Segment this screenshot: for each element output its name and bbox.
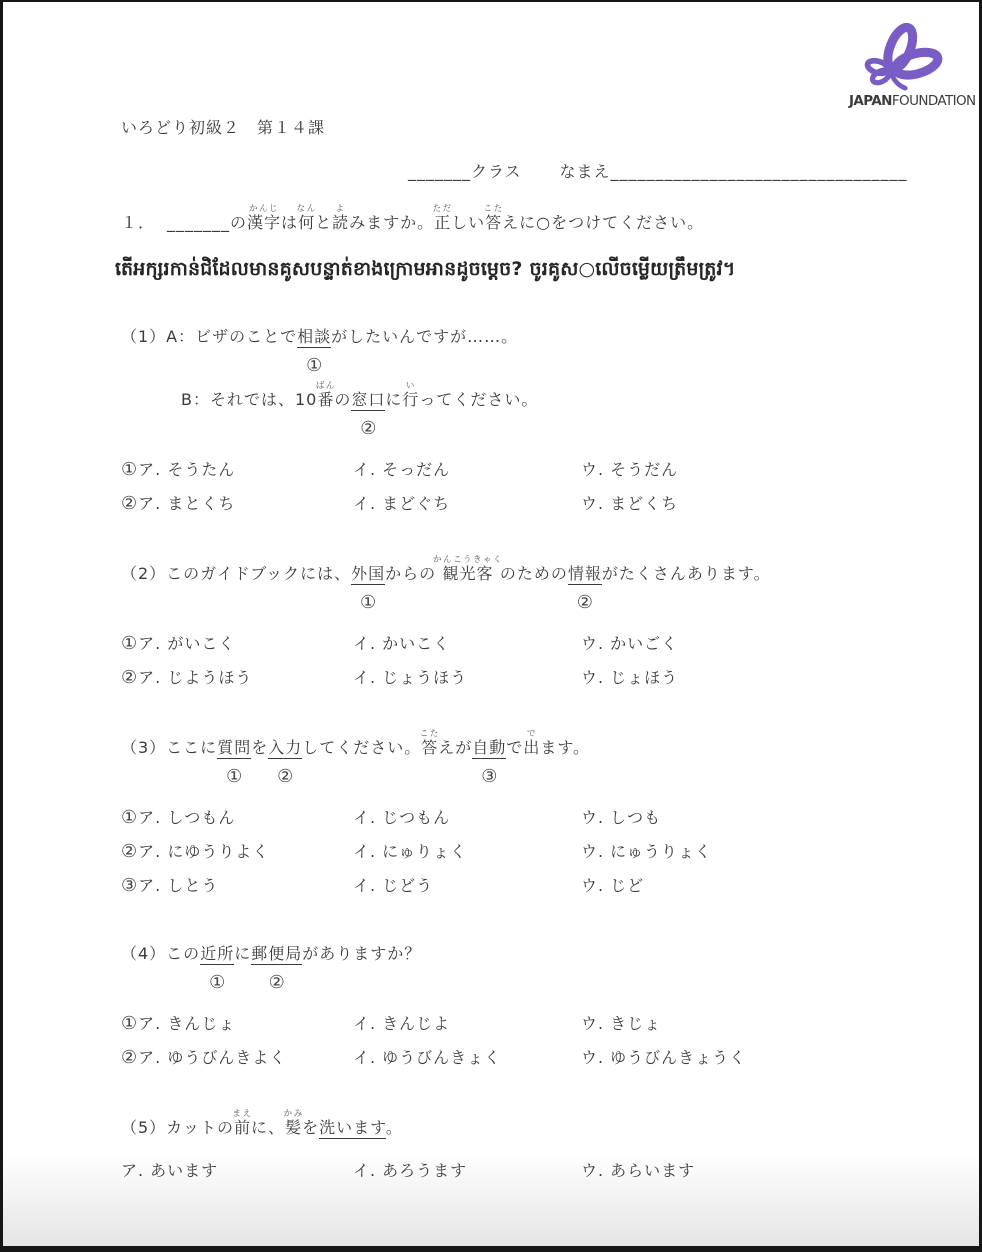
option-number: ② <box>121 493 138 514</box>
option-number: ② <box>121 1047 138 1068</box>
text-segment: からの <box>385 564 436 583</box>
marker-row: ② <box>121 417 891 444</box>
underlined-word: 近所 <box>200 944 234 965</box>
text-segment: （3）ここに <box>121 738 217 757</box>
text-segment: 。 <box>386 1118 403 1137</box>
answer-option: ア. きんじょ <box>138 1014 235 1033</box>
option-cell: ①ア. きんじょ <box>121 1007 353 1041</box>
underlined-word: 郵便局 <box>251 944 302 965</box>
question-1: （1）A：ビザのことで相談がしたいんですが……。①B：それでは、10番ばんの窓口… <box>121 320 891 521</box>
option-cell: ②ア. まとくち <box>121 487 353 521</box>
option-cell: イ. じつもん <box>353 801 581 835</box>
option-cell: ②ア. ゆうびんきよく <box>121 1041 353 1075</box>
class-label: クラス <box>471 162 522 181</box>
option-number: ② <box>121 841 138 862</box>
page-bottom-edge <box>0 1246 982 1252</box>
marker-row: ① <box>121 354 891 381</box>
text-segment: で <box>506 738 523 757</box>
options-group: ①ア. きんじょイ. きんじよウ. きじょ②ア. ゆうびんきよくイ. ゆうびんき… <box>121 1007 891 1075</box>
option-cell: ウ. きじょ <box>581 1007 661 1041</box>
answer-option: イ. ゆうびんきょく <box>353 1048 501 1067</box>
answer-option: イ. かいこく <box>353 634 450 653</box>
answer-option: ウ. かいごく <box>581 634 678 653</box>
answer-option: イ. きんじよ <box>353 1014 450 1033</box>
answer-option-row: ③ア. しとうイ. じどうウ. じど <box>121 869 891 903</box>
text-segment: は <box>281 213 298 232</box>
answer-option-row: ②ア. まとくちイ. まどぐちウ. まどくち <box>121 487 891 521</box>
text-segment: ってください。 <box>419 390 538 409</box>
question-3: （3）ここに質問を入力してください。答こたえが自動で出でます。①②③①ア. しつ… <box>121 729 891 903</box>
question-text-line: （2）このガイドブックには、外国からの観光客かんこうきゃくのための情報がたくさん… <box>121 555 891 591</box>
class-name-line: _______クラスなまえ___________________________… <box>408 162 891 182</box>
answer-option: ウ. ゆうびんきょうく <box>581 1048 746 1067</box>
text-segment: と <box>315 213 332 232</box>
underlined-word: 外国 <box>351 564 385 585</box>
underline-marker: ② <box>360 418 376 439</box>
underlined-word: 相談 <box>297 327 331 348</box>
option-cell: イ. にゅりょく <box>353 835 581 869</box>
option-cell: ウ. まどくち <box>581 487 678 521</box>
instruction-line: １．_______の漢字かんじは何なんと読よみますか。正ただしい答こたえに○をつ… <box>121 204 891 240</box>
answer-option: ア. しとう <box>138 876 218 895</box>
ruby-word: 行い <box>402 390 419 409</box>
answer-option: ア. ゆうびんきよく <box>138 1048 286 1067</box>
underline-marker: ① <box>226 766 242 787</box>
underline-marker: ① <box>209 972 225 993</box>
option-cell: ウ. ゆうびんきょうく <box>581 1041 746 1075</box>
underline-marker: ① <box>360 592 376 613</box>
ruby-word: 答こた <box>485 213 502 232</box>
answer-option-row: ①ア. がいこくイ. かいこくウ. かいごく <box>121 627 891 661</box>
text-segment: に、 <box>251 1118 285 1137</box>
marker-row: ①② <box>121 591 891 618</box>
text-segment: （2）このガイドブックには、 <box>121 564 351 583</box>
option-cell: ウ. じど <box>581 869 644 903</box>
answer-option: イ. そっだん <box>353 460 450 479</box>
text-segment: （4）この <box>121 944 200 963</box>
option-cell: ②ア. じようほう <box>121 661 353 695</box>
underline-marker: ② <box>277 766 293 787</box>
answer-option-row: ②ア. にゆうりよくイ. にゅりょくウ. にゅうりょく <box>121 835 891 869</box>
text-segment: がありますか？ <box>302 944 421 963</box>
option-cell: イ. あろうます <box>353 1154 581 1188</box>
option-cell: ウ. かいごく <box>581 627 678 661</box>
option-cell: ウ. あらいます <box>581 1154 695 1188</box>
text-segment: B：それでは、10 <box>181 390 317 409</box>
underline-marker: ② <box>269 972 285 993</box>
marker-row: ①②③ <box>121 765 891 792</box>
underlined-word: 洗います <box>319 1118 386 1139</box>
option-number: ① <box>121 807 138 828</box>
option-cell: イ. きんじよ <box>353 1007 581 1041</box>
text-segment: に <box>385 390 402 409</box>
option-cell: ①ア. しつもん <box>121 801 353 835</box>
option-cell: イ. まどぐち <box>353 487 581 521</box>
options-group: ①ア. がいこくイ. かいこくウ. かいごく②ア. じようほうイ. じょうほうウ… <box>121 627 891 695</box>
answer-option-row: ①ア. しつもんイ. じつもんウ. しつも <box>121 801 891 835</box>
instruction-khmer: តើអក្សរកាន់ជិដែលមានគូសបន្ទាត់ខាងក្រោមអាន… <box>115 252 891 286</box>
question-text-line: （1）A：ビザのことで相談がしたいんですが……。 <box>121 320 891 354</box>
option-cell: イ. ゆうびんきょく <box>353 1041 581 1075</box>
answer-option-row: ①ア. きんじょイ. きんじよウ. きじょ <box>121 1007 891 1041</box>
instruction-number: １． <box>121 213 155 232</box>
answer-option-row: ①ア. そうたんイ. そっだんウ. そうだん <box>121 453 891 487</box>
text-segment: のための <box>500 564 568 583</box>
underlined-word: 情報 <box>568 564 602 585</box>
ruby-word: 前まえ <box>234 1118 251 1137</box>
ruby-word: 答こた <box>421 738 438 757</box>
option-cell: イ. じどう <box>353 869 581 903</box>
answer-option: ア. しつもん <box>138 808 235 827</box>
logo-wordmark-foundation: FOUNDATION <box>892 93 976 109</box>
text-segment: に <box>234 944 251 963</box>
option-cell: ①ア. がいこく <box>121 627 353 661</box>
answer-option: イ. じどう <box>353 876 433 895</box>
options-group: ①ア. そうたんイ. そっだんウ. そうだん②ア. まとくちイ. まどぐちウ. … <box>121 453 891 521</box>
questions-list: （1）A：ビザのことで相談がしたいんですが……。①B：それでは、10番ばんの窓口… <box>121 320 891 1188</box>
question-text-line: （5）カットの前まえに、髪かみを洗います。 <box>121 1109 891 1145</box>
answer-option: ウ. しつも <box>581 808 661 827</box>
text-segment: を <box>302 1118 319 1137</box>
text-segment: _______ <box>167 213 230 232</box>
option-number: ① <box>121 459 138 480</box>
text-segment: しい <box>451 213 485 232</box>
underlined-word: 自動 <box>472 738 506 759</box>
answer-option: ア. あいます <box>121 1161 218 1180</box>
underlined-word: 質問 <box>217 738 251 759</box>
answer-option: ウ. じど <box>581 876 644 895</box>
question-text-line: （4）この近所に郵便局がありますか？ <box>121 937 891 971</box>
option-cell: ア. あいます <box>121 1154 353 1188</box>
answer-option: ア. にゆうりよく <box>138 842 269 861</box>
answer-option: ウ. まどくち <box>581 494 678 513</box>
marker-row: ①② <box>121 971 891 998</box>
text-segment: の <box>230 213 247 232</box>
question-text-line: （3）ここに質問を入力してください。答こたえが自動で出でます。 <box>121 729 891 765</box>
ruby-word: 正ただ <box>434 213 451 232</box>
name-blank: _________________________________ <box>611 162 908 181</box>
option-cell: ウ. じょほう <box>581 661 678 695</box>
text-segment: の <box>334 390 351 409</box>
ruby-word: 観光客かんこうきゃく <box>436 564 500 583</box>
ruby-word: 番ばん <box>317 390 334 409</box>
worksheet-title: いろどり初級２ 第１４課 <box>121 116 891 140</box>
answer-option: ウ. あらいます <box>581 1161 695 1180</box>
underline-marker: ① <box>306 355 322 376</box>
text-segment: ます。 <box>540 738 590 757</box>
answer-option: ア. じようほう <box>138 668 252 687</box>
answer-option: ア. がいこく <box>138 634 235 653</box>
ruby-word: 出で <box>523 738 540 757</box>
option-cell: ウ. しつも <box>581 801 661 835</box>
option-cell: ②ア. にゆうりよく <box>121 835 353 869</box>
answer-option: ア. まとくち <box>138 494 235 513</box>
text-segment: してください。 <box>302 738 421 757</box>
options-group: ア. あいますイ. あろうますウ. あらいます <box>121 1154 891 1188</box>
text-segment: がしたいんですが……。 <box>331 327 518 346</box>
ruby-word: 漢字かんじ <box>247 213 281 232</box>
text-segment: えが <box>438 738 472 757</box>
answer-option: イ. あろうます <box>353 1161 467 1180</box>
ruby-word: 髪かみ <box>285 1118 302 1137</box>
question-text-line: B：それでは、10番ばんの窓口に行いってください。 <box>181 381 891 417</box>
answer-option: イ. じょうほう <box>353 668 467 687</box>
underlined-word: 入力 <box>268 738 302 759</box>
instruction-text: _______の漢字かんじは何なんと読よみますか。正ただしい答こたえに○をつけて… <box>167 213 704 232</box>
text-segment: がたくさんあります。 <box>602 564 771 583</box>
answer-option: イ. まどぐち <box>353 494 450 513</box>
answer-option: ウ. じょほう <box>581 668 678 687</box>
ruby-word: 読よ <box>332 213 349 232</box>
answer-option: ア. そうたん <box>138 460 235 479</box>
text-segment: を <box>251 738 268 757</box>
option-cell: ウ. にゅうりょく <box>581 835 712 869</box>
answer-option: ウ. きじょ <box>581 1014 661 1033</box>
worksheet-content: いろどり初級２ 第１４課 _______クラスなまえ______________… <box>121 2 891 1188</box>
option-number: ③ <box>121 875 138 896</box>
class-blank: _______ <box>408 162 471 181</box>
option-cell: イ. じょうほう <box>353 661 581 695</box>
option-cell: イ. そっだん <box>353 453 581 487</box>
option-number: ① <box>121 633 138 654</box>
answer-option-row: ②ア. ゆうびんきよくイ. ゆうびんきょくウ. ゆうびんきょうく <box>121 1041 891 1075</box>
text-segment: みますか。 <box>349 213 434 232</box>
question-2: （2）このガイドブックには、外国からの観光客かんこうきゃくのための情報がたくさん… <box>121 555 891 695</box>
answer-option-row: ア. あいますイ. あろうますウ. あらいます <box>121 1154 891 1188</box>
worksheet-page: JAPANFOUNDATION いろどり初級２ 第１４課 _______クラスな… <box>0 0 982 1252</box>
option-number: ② <box>121 667 138 688</box>
text-segment: （1）A：ビザのことで <box>121 327 297 346</box>
text-segment: （5）カットの <box>121 1118 234 1137</box>
option-cell: ①ア. そうたん <box>121 453 353 487</box>
answer-option-row: ②ア. じようほうイ. じょうほうウ. じょほう <box>121 661 891 695</box>
question-5: （5）カットの前まえに、髪かみを洗います。ア. あいますイ. あろうますウ. あ… <box>121 1109 891 1188</box>
name-label: なまえ <box>560 162 611 181</box>
answer-option: ウ. そうだん <box>581 460 678 479</box>
option-cell: ③ア. しとう <box>121 869 353 903</box>
option-number: ① <box>121 1013 138 1034</box>
text-segment: えに○をつけてください。 <box>502 213 704 232</box>
answer-option: イ. じつもん <box>353 808 450 827</box>
options-group: ①ア. しつもんイ. じつもんウ. しつも②ア. にゆうりよくイ. にゅりょくウ… <box>121 801 891 903</box>
underline-marker: ② <box>577 592 593 613</box>
underline-marker: ③ <box>481 766 497 787</box>
underlined-word: 窓口 <box>351 390 385 411</box>
question-4: （4）この近所に郵便局がありますか？①②①ア. きんじょイ. きんじよウ. きじ… <box>121 937 891 1075</box>
ruby-word: 何なん <box>298 213 315 232</box>
option-cell: イ. かいこく <box>353 627 581 661</box>
option-cell: ウ. そうだん <box>581 453 678 487</box>
answer-option: ウ. にゅうりょく <box>581 842 712 861</box>
answer-option: イ. にゅりょく <box>353 842 467 861</box>
